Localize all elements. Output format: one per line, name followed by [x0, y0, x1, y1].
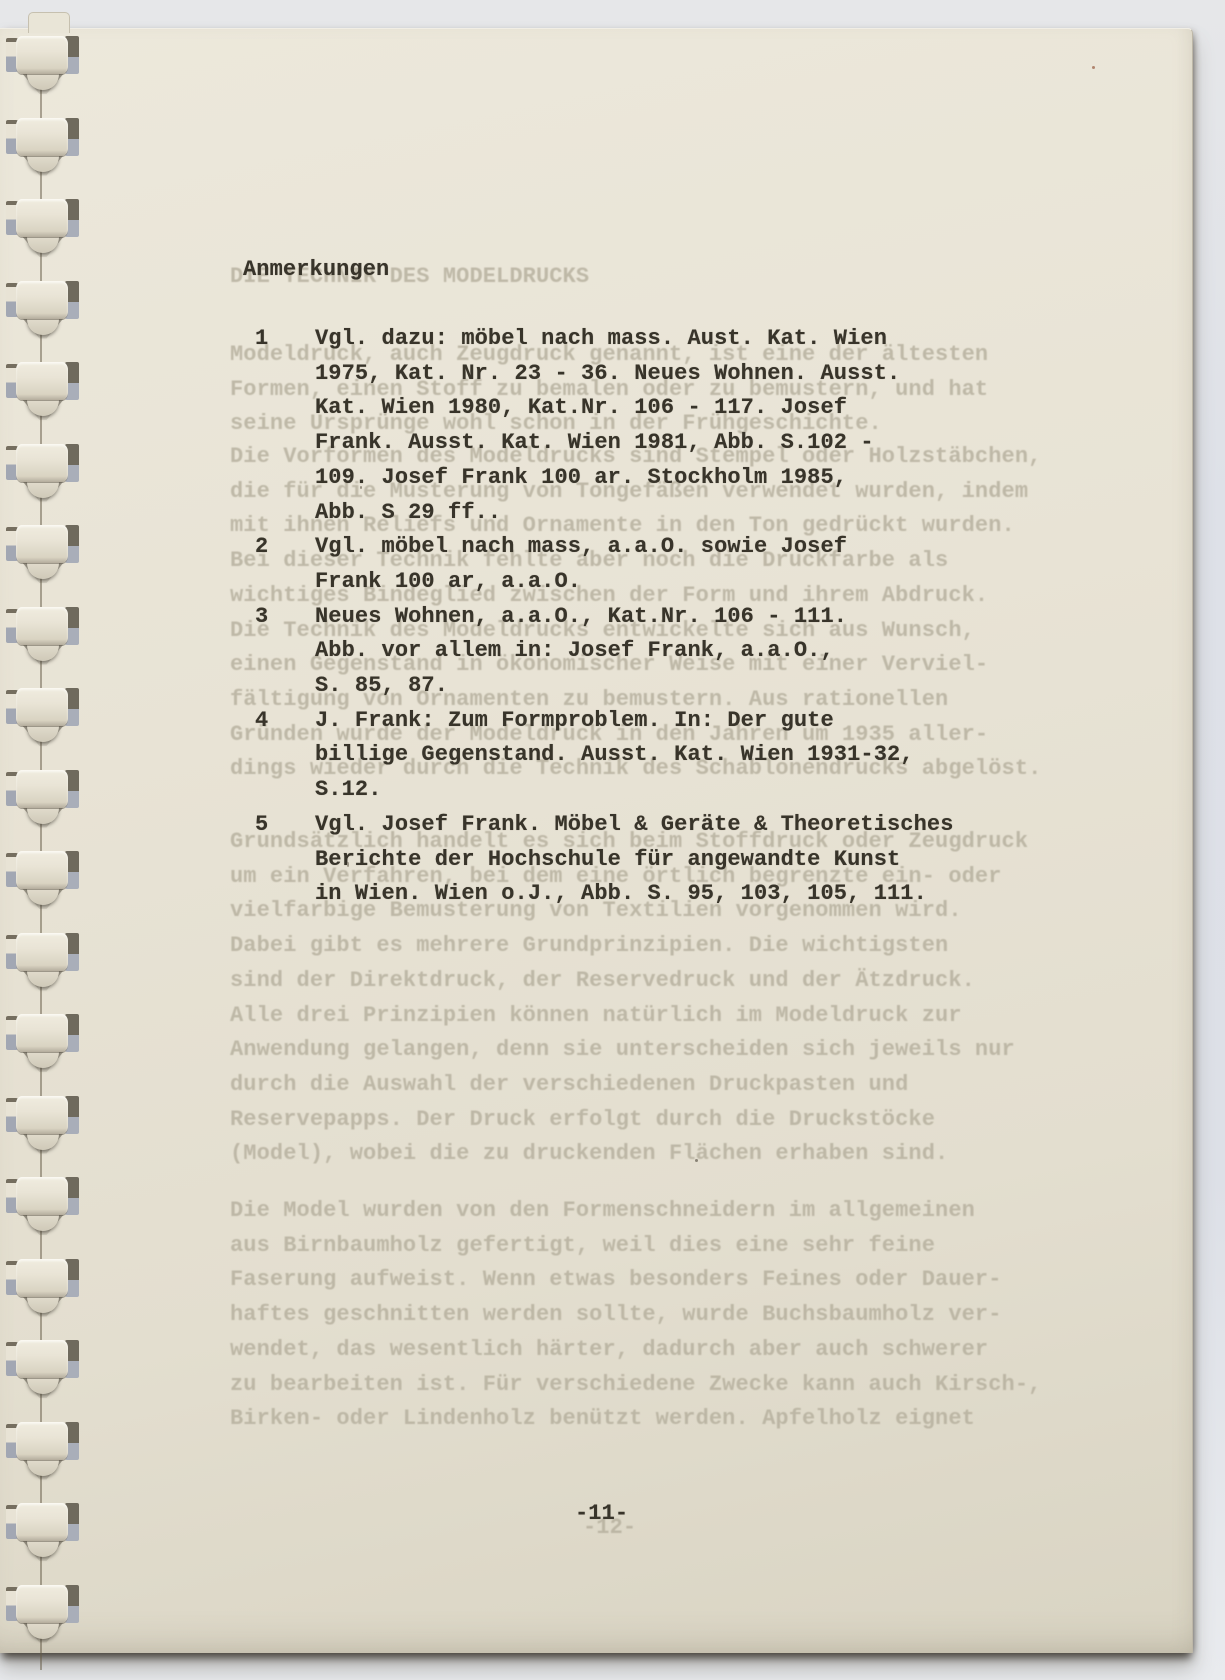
comb-spine-tab [28, 12, 70, 33]
note-text: J. Frank: Zum Formproblem. In: Der gute … [315, 704, 914, 808]
notes-list: 1Vgl. dazu: möbel nach mass. Aust. Kat. … [255, 322, 1015, 912]
binding-ring [7, 1014, 79, 1100]
binding-ring [7, 362, 79, 448]
binding-ring [7, 1585, 79, 1671]
note-item: 1Vgl. dazu: möbel nach mass. Aust. Kat. … [255, 322, 1015, 530]
ring-barrel [16, 281, 68, 319]
note-text: Vgl. dazu: möbel nach mass. Aust. Kat. W… [315, 322, 900, 530]
note-number: 2 [255, 530, 315, 565]
binding-ring [7, 1177, 79, 1263]
binding-ring [7, 1096, 79, 1182]
binding-ring [7, 607, 79, 693]
ring-barrel [16, 770, 68, 808]
binding-ring [7, 933, 79, 1019]
note-item: 3Neues Wohnen, a.a.O., Kat.Nr. 106 - 111… [255, 600, 1015, 704]
comb-binding [0, 0, 90, 1680]
page-number: -11- [575, 1497, 628, 1532]
ring-barrel [16, 1422, 68, 1460]
ring-barrel [16, 199, 68, 237]
ring-barrel [16, 607, 68, 645]
ring-barrel [16, 1014, 68, 1052]
binding-ring [7, 851, 79, 937]
binding-ring [7, 444, 79, 530]
note-number: 3 [255, 600, 315, 635]
ring-barrel [16, 1259, 68, 1297]
binding-ring [7, 199, 79, 285]
ring-barrel [16, 1503, 68, 1541]
note-text: Neues Wohnen, a.a.O., Kat.Nr. 106 - 111.… [315, 600, 847, 704]
note-number: 4 [255, 704, 315, 739]
note-text: Vgl. Josef Frank. Möbel & Geräte & Theor… [315, 808, 954, 912]
paper-speck [347, 862, 349, 867]
ring-barrel [16, 688, 68, 726]
binding-ring [7, 525, 79, 611]
binding-ring [7, 1259, 79, 1345]
paper-speck [1092, 66, 1095, 69]
note-text: Vgl. möbel nach mass, a.a.O. sowie Josef… [315, 530, 847, 599]
scanned-page: DIE TECHNIK DES MODELDRUCKS Modeldruck, … [0, 0, 1225, 1680]
ring-barrel [16, 1340, 68, 1378]
binding-ring [7, 281, 79, 367]
ring-barrel [16, 933, 68, 971]
binding-ring [7, 770, 79, 856]
note-number: 1 [255, 322, 315, 357]
ring-barrel [16, 118, 68, 156]
binding-ring [7, 1422, 79, 1508]
ring-barrel [16, 851, 68, 889]
binding-ring [7, 688, 79, 774]
paper-page: DIE TECHNIK DES MODELDRUCKS Modeldruck, … [0, 28, 1193, 1653]
binding-ring [7, 1503, 79, 1589]
ring-barrel [16, 444, 68, 482]
binding-ring [7, 118, 79, 204]
ring-barrel [16, 36, 68, 74]
ring-barrel [16, 1585, 68, 1623]
note-number: 5 [255, 808, 315, 843]
ring-barrel [16, 525, 68, 563]
paper-speck [360, 486, 362, 489]
paper-speck [695, 1159, 698, 1162]
binding-ring [7, 1340, 79, 1426]
typewritten-text-layer: Anmerkungen 1Vgl. dazu: möbel nach mass.… [0, 29, 1192, 1653]
ring-barrel [16, 1177, 68, 1215]
ring-barrel [16, 362, 68, 400]
note-item: 2Vgl. möbel nach mass, a.a.O. sowie Jose… [255, 530, 1015, 599]
binding-ring [7, 36, 79, 122]
ring-barrel [16, 1096, 68, 1134]
note-item: 5Vgl. Josef Frank. Möbel & Geräte & Theo… [255, 808, 1015, 912]
notes-heading: Anmerkungen [243, 253, 389, 288]
note-item: 4J. Frank: Zum Formproblem. In: Der gute… [255, 704, 1015, 808]
